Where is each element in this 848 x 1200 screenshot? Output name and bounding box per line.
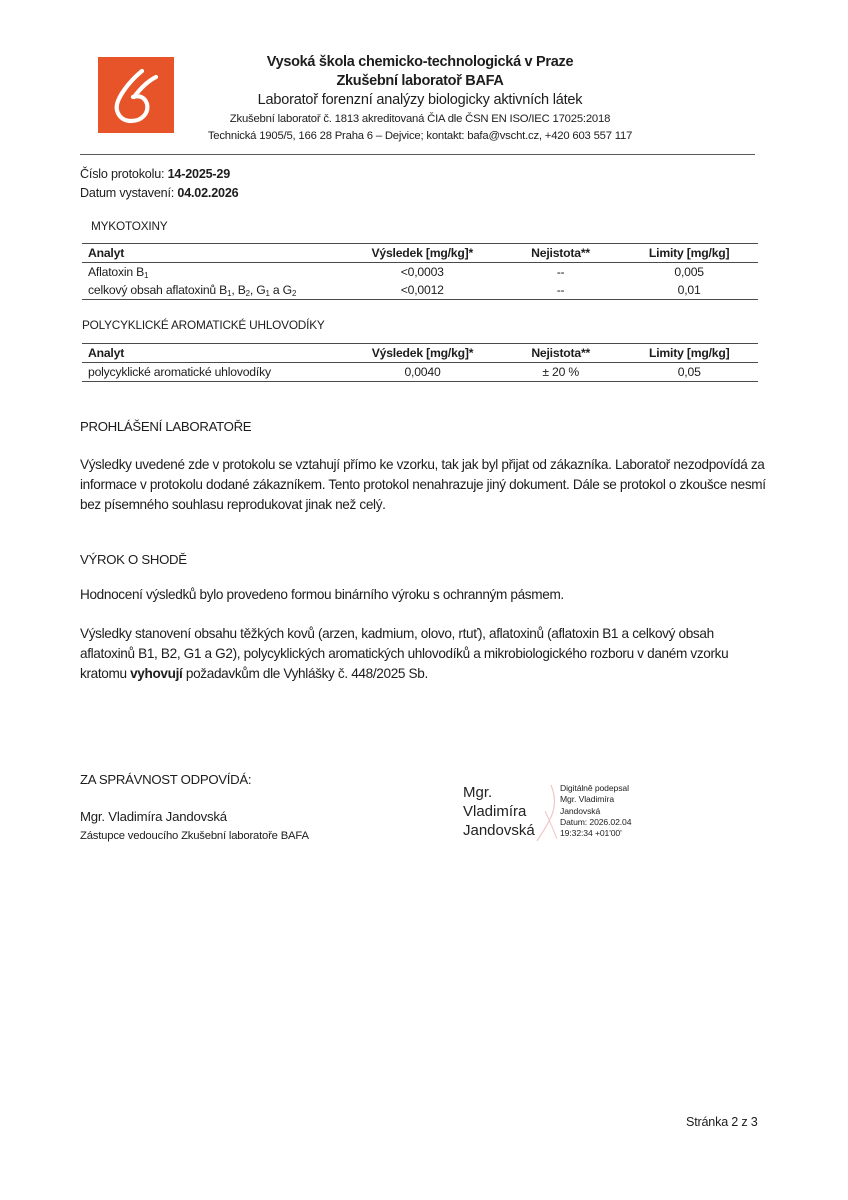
issue-date: Datum vystavení: 04.02.2026 (80, 184, 238, 203)
conformity-method: Hodnocení výsledků bylo provedeno formou… (80, 585, 770, 605)
limit-cell: 0,05 (620, 363, 758, 382)
uncertainty-cell: -- (501, 263, 620, 282)
analyte-cell: celkový obsah aflatoxinů B1, B2, G1 a G2 (82, 281, 344, 300)
conformity-statement: Výsledky stanovení obsahu těžkých kovů (… (80, 624, 770, 684)
table-row: polycyklické aromatické uhlovodíky0,0040… (82, 363, 758, 382)
signature-detail-line: Jandovská (560, 806, 631, 817)
table-row: Aflatoxin B1<0,0003--0,005 (82, 263, 758, 282)
institution-logo (98, 57, 174, 133)
pah-section-label: POLYCYKLICKÉ AROMATICKÉ UHLOVODÍKY (82, 318, 325, 332)
limit-cell: 0,01 (620, 281, 758, 300)
column-header: Nejistota** (501, 244, 620, 263)
issue-date-label: Datum vystavení: (80, 186, 177, 200)
signature-name: Mgr. Vladimíra Jandovská (463, 783, 535, 840)
letterhead: Vysoká škola chemicko-technologická v Pr… (180, 53, 660, 145)
declaration-text: Výsledky uvedené zde v protokolu se vzta… (80, 455, 770, 515)
result-cell: <0,0003 (344, 263, 501, 282)
signature-mark-icon (531, 781, 563, 843)
conformity-heading: VÝROK O SHODĚ (80, 552, 187, 567)
column-header: Limity [mg/kg] (620, 244, 758, 263)
protocol-number-label: Číslo protokolu: (80, 167, 168, 181)
responsible-person: ZA SPRÁVNOST ODPOVÍDÁ: Mgr. Vladimíra Ja… (80, 772, 309, 842)
uncertainty-cell: ± 20 % (501, 363, 620, 382)
page-number: Stránka 2 z 3 (686, 1115, 758, 1129)
uncertainty-cell: -- (501, 281, 620, 300)
table-header-row: Analyt Výsledek [mg/kg]* Nejistota** Lim… (82, 244, 758, 263)
responsible-role: Zástupce vedoucího Zkušební laboratoře B… (80, 830, 309, 842)
column-header: Nejistota** (501, 344, 620, 363)
accreditation-info: Zkušební laboratoř č. 1813 akreditovaná … (180, 110, 660, 128)
table-header-row: Analyt Výsledek [mg/kg]* Nejistota** Lim… (82, 344, 758, 363)
issue-date-value: 04.02.2026 (177, 186, 238, 200)
signature-name-line: Jandovská (463, 821, 535, 840)
analyte-cell: Aflatoxin B1 (82, 263, 344, 282)
responsible-label: ZA SPRÁVNOST ODPOVÍDÁ: (80, 772, 309, 787)
responsible-name: Mgr. Vladimíra Jandovská (80, 809, 309, 824)
protocol-meta: Číslo protokolu: 14-2025-29 Datum vystav… (80, 165, 238, 203)
signature-detail-line: Digitálně podepsal (560, 783, 631, 794)
mycotoxins-table: Analyt Výsledek [mg/kg]* Nejistota** Lim… (82, 243, 758, 300)
column-header: Výsledek [mg/kg]* (344, 344, 501, 363)
vscht-logo-icon (98, 57, 174, 133)
statement-text-end: požadavkům dle Vyhlášky č. 448/2025 Sb. (182, 666, 427, 681)
limit-cell: 0,005 (620, 263, 758, 282)
table-row: celkový obsah aflatoxinů B1, B2, G1 a G2… (82, 281, 758, 300)
digital-signature[interactable]: Mgr. Vladimíra Jandovská Digitálně podep… (463, 783, 643, 847)
contact-info: Technická 1905/5, 166 28 Praha 6 – Dejvi… (180, 128, 660, 145)
protocol-number-value: 14-2025-29 (168, 167, 230, 181)
declaration-heading: PROHLÁŠENÍ LABORATOŘE (80, 419, 251, 434)
column-header: Analyt (82, 244, 344, 263)
mycotoxins-section-label: MYKOTOXINY (91, 219, 167, 233)
result-cell: <0,0012 (344, 281, 501, 300)
pah-table: Analyt Výsledek [mg/kg]* Nejistota** Lim… (82, 343, 758, 382)
column-header: Analyt (82, 344, 344, 363)
signature-details: Digitálně podepsal Mgr. Vladimíra Jandov… (560, 783, 631, 839)
signature-detail-line: Datum: 2026.02.04 (560, 817, 631, 828)
university-name: Vysoká škola chemicko-technologická v Pr… (180, 53, 660, 72)
column-header: Výsledek [mg/kg]* (344, 244, 501, 263)
analyte-cell: polycyklické aromatické uhlovodíky (82, 363, 344, 382)
lab-department: Laboratoř forenzní analýzy biologicky ak… (180, 91, 660, 110)
column-header: Limity [mg/kg] (620, 344, 758, 363)
result-cell: 0,0040 (344, 363, 501, 382)
statement-verdict: vyhovují (130, 666, 182, 681)
signature-name-line: Vladimíra (463, 802, 535, 821)
lab-name: Zkušební laboratoř BAFA (180, 72, 660, 91)
header-divider (80, 154, 755, 155)
signature-detail-line: 19:32:34 +01'00' (560, 828, 631, 839)
signature-name-line: Mgr. (463, 783, 535, 802)
signature-detail-line: Mgr. Vladimíra (560, 794, 631, 805)
protocol-number: Číslo protokolu: 14-2025-29 (80, 165, 238, 184)
